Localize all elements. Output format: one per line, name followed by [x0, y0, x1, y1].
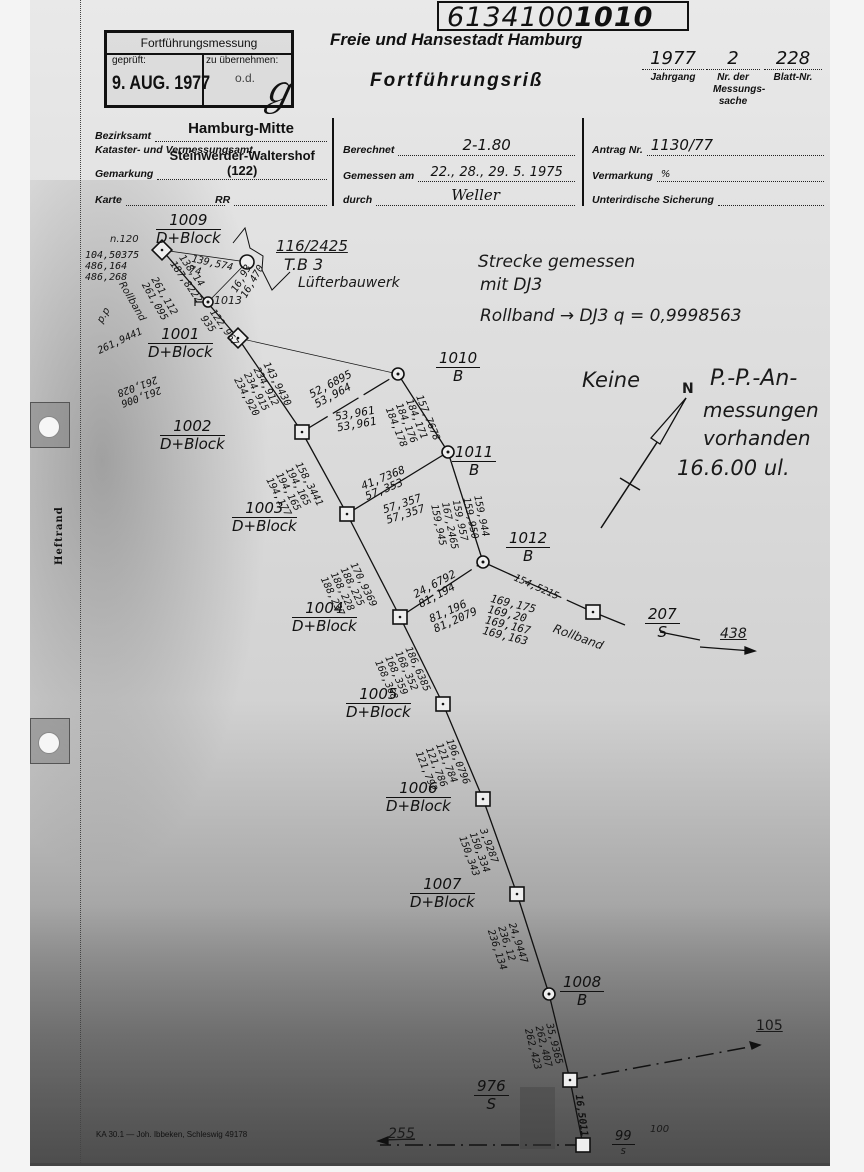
note-pp-3: vorhanden: [703, 426, 811, 450]
note-pp-date: 16.6.00 ul.: [677, 456, 790, 480]
note-n120: n.120: [110, 234, 139, 245]
field-application-number: Antrag Nr. 1130/77: [592, 134, 824, 156]
north-arrow-icon: N: [682, 381, 694, 397]
point-1007: 1007D+Block: [410, 876, 475, 911]
point-207: 207S: [645, 606, 680, 641]
field-measured-by: durch Weller: [343, 184, 575, 206]
point-1010: 1010B: [436, 350, 480, 385]
field-rr: RR: [215, 190, 327, 206]
point-1001: 1001D+Block: [148, 326, 213, 361]
field-calculated: Berechnet 2-1.80: [343, 134, 575, 156]
point-1011: 1011B: [452, 444, 496, 479]
note-none: Keine: [582, 368, 640, 392]
structure-description: Lüfterbauwerk: [298, 275, 400, 291]
field-marking: Vermarkung %: [592, 160, 824, 182]
measurement: 104,50375 486,164 486,268: [85, 250, 139, 283]
structure-ref: 116/2425: [276, 237, 348, 255]
sheet-edge: [30, 1163, 830, 1166]
note-pp-2: messungen: [703, 398, 819, 422]
field-district: Bezirksamt Hamburg-Mitte: [95, 120, 327, 142]
note-pp-1: P.-P.-An-: [710, 366, 797, 391]
margin-label: Heftrand: [54, 506, 65, 565]
point-105: 105: [756, 1018, 783, 1034]
stamp-checked-label: geprüft:: [112, 55, 146, 66]
city-heading: Freie und Hansestadt Hamburg: [330, 30, 582, 50]
form-divider: [582, 118, 584, 206]
point-1002: 1002D+Block: [160, 418, 225, 453]
form-divider: [332, 118, 334, 206]
document-number: 61341001010: [437, 1, 689, 31]
note-measured-with: Strecke gemessen: [478, 252, 635, 272]
printer-imprint: KA 30.1 — Joh. Ibbeken, Schleswig 49178: [96, 1130, 247, 1139]
point-1009: 1009D+Block: [156, 212, 221, 247]
field-map: Karte: [95, 190, 225, 206]
point-100: 100: [650, 1124, 669, 1135]
field-measured-on: Gemessen am 22., 28., 29. 5. 1975: [343, 160, 575, 182]
point-976: 976S: [474, 1078, 509, 1113]
stamp-date: 9. AUG. 1977: [112, 73, 210, 95]
point-255: 255: [388, 1126, 415, 1142]
meta-case-number: 2 Nr. der Messungs-sache: [706, 48, 760, 108]
point-1012: 1012B: [506, 530, 550, 565]
field-underground-securing: Unterirdische Sicherung: [592, 184, 824, 206]
field-district-area: Gemarkung Steinwerder-Waltershof (122): [95, 158, 327, 180]
point-438: 438: [720, 626, 747, 642]
point-1013: 1013: [214, 294, 242, 307]
punch-hole-icon: [38, 732, 60, 754]
point-1008: 1008B: [560, 974, 604, 1009]
meta-sheet-number: 228 Blatt-Nr.: [764, 48, 822, 84]
binding-margin-line: [80, 0, 81, 1165]
approval-stamp: Fortführungsmessung geprüft: zu übernehm…: [104, 30, 294, 108]
signature-icon: ℊ: [257, 59, 297, 116]
punch-hole-icon: [38, 416, 60, 438]
note-scale-factor: Rollband → DJ3 q = 0,9998563: [480, 306, 742, 326]
meta-year: 1977 Jahrgang: [642, 48, 704, 84]
structure-name: T.B 3: [284, 255, 323, 274]
stamp-initials: o.d.: [235, 71, 255, 85]
document-title: Fortführungsriß: [370, 70, 544, 92]
stamp-title: Fortführungsmessung: [107, 33, 291, 55]
note-instrument: mit DJ3: [480, 275, 542, 295]
point-99: 99S: [612, 1130, 635, 1159]
